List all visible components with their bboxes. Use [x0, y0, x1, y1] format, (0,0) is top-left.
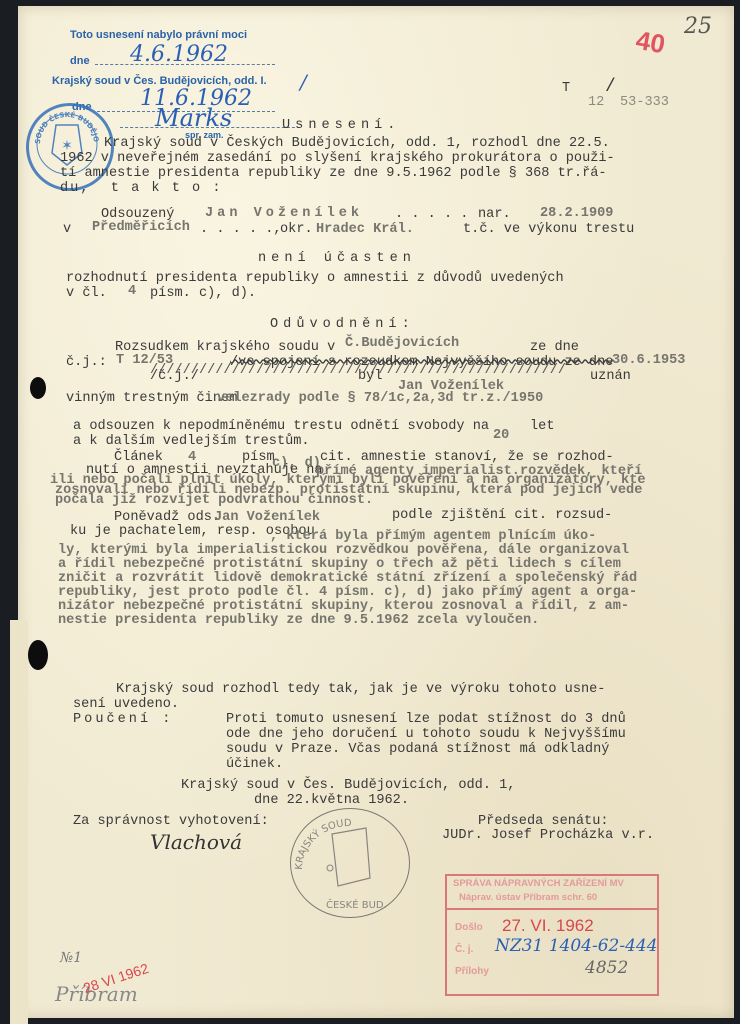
clerk-signature: Marks	[155, 104, 232, 132]
faded-line-6: nizátor nebezpečné protistátní skupiny, …	[58, 600, 629, 614]
legal-force-stamp-dne-label: dne	[70, 55, 90, 67]
sentence-line: a odsouzen k nepodmíněnému trestu odnětí…	[73, 420, 489, 434]
place-date-1: Krajský soud v Čes. Budějovicích, odd. 1…	[181, 779, 515, 793]
faded-line-5: republiky, jest proto podle čl. 4 písm. …	[58, 586, 637, 600]
instruction-1: Proti tomuto usnesení lze podat stížnost…	[226, 713, 626, 727]
birth-place: Předměřicích	[92, 221, 190, 235]
file-ref-number: 12	[588, 96, 604, 110]
file-ref-suffix: 53-333	[620, 96, 669, 110]
sentence-unit: let	[530, 420, 554, 434]
faded-line-7: nestie presidenta republiky ze dne 9.5.1…	[58, 614, 539, 628]
ref-value: NZ31 1404-62-444	[495, 936, 658, 956]
punch-hole-top	[30, 377, 46, 399]
file-ref-t: T	[562, 82, 570, 96]
ref-label: Č. j.	[455, 944, 473, 955]
conclusion-2: sení uvedeno.	[73, 698, 179, 712]
instruction-label: Poučení :	[73, 713, 173, 727]
instruction-4: účinek.	[226, 758, 283, 772]
faded-line-2: ly, kterými byla imperialistickou rozvěd…	[58, 544, 629, 558]
reasoning-court: Č.Budějovicích	[345, 337, 459, 351]
legal-force-stamp-line1: Toto usnesení nabylo právní moci	[70, 29, 247, 41]
verdict-article: 4	[128, 285, 136, 299]
handwritten-page-number: 25	[684, 14, 712, 39]
other-penalties: a k dalším vedlejším trestům.	[73, 435, 310, 449]
seal-emblem-icon: KRAJSKÝ SOUD ČESKÉ BUD.	[290, 808, 408, 916]
reasoning-date-label: ze dne	[530, 341, 579, 355]
faded-line-4: zničit a rozvrátit lidově demokratické s…	[58, 572, 637, 586]
was-label: byl	[358, 370, 382, 384]
red-number-stamp: 40	[634, 25, 668, 61]
certification-label: Za správnost vyhotovení:	[73, 815, 269, 829]
faded-line-1: , která byla přímým agentem plnícím úko-	[270, 530, 596, 544]
intro-line-3: tí amnestie presidenta republiky ze dne …	[60, 167, 607, 181]
instruction-3: soudu v Praze. Včas podaná stížnost má o…	[226, 743, 609, 757]
intro-line-4: du, t a k t o :	[60, 182, 223, 196]
svg-text:ČESKÉ BUD.: ČESKÉ BUD.	[326, 898, 387, 911]
page-edge-fold	[10, 620, 28, 1024]
place-date-2: dne 22.května 1962.	[254, 794, 409, 808]
legal-force-date: 4.6.1962	[130, 42, 228, 67]
convicted-name: Jan Voženílek	[205, 207, 363, 221]
chair-label: Předseda senátu:	[478, 815, 609, 829]
cj2: /č.j./	[150, 370, 199, 384]
because-b: podle zjištění cit. rozsud-	[392, 509, 612, 523]
found-guilty: uznán	[590, 370, 631, 384]
dots: . . . . .,	[200, 223, 282, 237]
punch-hole-bottom	[28, 640, 48, 670]
receipt-header-1: SPRÁVA NÁPRAVNÝCH ZAŘÍZENÍ MV	[453, 878, 624, 889]
receipt-stamp: SPRÁVA NÁPRAVNÝCH ZAŘÍZENÍ MV Náprav. ús…	[445, 874, 659, 996]
crime: velezrady podle § 78/1c,2a,3d tr.z./1950	[217, 392, 543, 406]
verdict-heading: není účasten	[258, 252, 416, 266]
certification-signature: Vlachová	[150, 830, 242, 854]
court-seal-bottom: KRAJSKÝ SOUD ČESKÉ BUD.	[290, 808, 410, 918]
document-title: Usnesení.	[282, 119, 400, 133]
born-label: nar.	[478, 208, 511, 222]
reasoning-heading: Odůvodnění:	[270, 318, 415, 332]
district-label: okr.	[280, 223, 313, 237]
file-ref-slash: /	[605, 80, 616, 94]
cj-label: č.j.:	[66, 356, 107, 370]
verdict-line-1: rozhodnutí presidenta republiky o amnest…	[66, 272, 564, 286]
place-prefix: v	[63, 223, 71, 237]
attachments-value: 4852	[585, 958, 628, 978]
receipt-header-2: Náprav. ústav Příbram schr. 60	[459, 892, 597, 903]
overprint-4: počala již rozvíjet podvratnou činnost.	[55, 494, 373, 508]
chair-name: JUDr. Josef Procházka v.r.	[442, 829, 654, 843]
instruction-2: ode dne jeho doručení u tohoto soudu k N…	[226, 728, 626, 742]
intro-line-2: 1962 v neveřejném zasedání po slyšení kr…	[60, 152, 615, 166]
received-date: 27. VI. 1962	[502, 916, 594, 936]
verdict-line-2b: písm. c), d).	[150, 287, 256, 301]
dots: . . . . .	[395, 208, 468, 222]
born-date: 28.2.1909	[540, 207, 613, 221]
sentence-years: 20	[493, 429, 509, 443]
conclusion-1: Krajský soud rozhodl tedy tak, jak je ve…	[116, 683, 605, 697]
supreme-court-date: 30.6.1953	[612, 354, 685, 368]
article-c: cit. amnestie stanoví, že se rozhod-	[320, 451, 614, 465]
convicted-status: t.č. ve výkonu trestu	[463, 223, 634, 237]
verdict-line-2a: v čl.	[66, 287, 107, 301]
because-name: Jan Voženílek	[214, 511, 320, 525]
slash-mark: /	[300, 70, 307, 94]
receipt-divider	[447, 908, 657, 910]
attachments-label: Přílohy	[455, 966, 489, 977]
faded-line-3: a řídil nebezpečné protistátní skupiny o…	[58, 558, 621, 572]
crime-label: vinným trestným činem	[66, 392, 237, 406]
district: Hradec Král.	[316, 223, 414, 237]
because-a: Poněvadž ods.	[114, 511, 220, 525]
bottom-note: №1	[60, 950, 82, 966]
svg-text:KRAJSKÝ SOUD: KRAJSKÝ SOUD	[294, 818, 352, 870]
received-label: Došlo	[455, 922, 483, 933]
intro-line-1: Krajský soud v Českých Budějovicích, odd…	[104, 137, 610, 151]
